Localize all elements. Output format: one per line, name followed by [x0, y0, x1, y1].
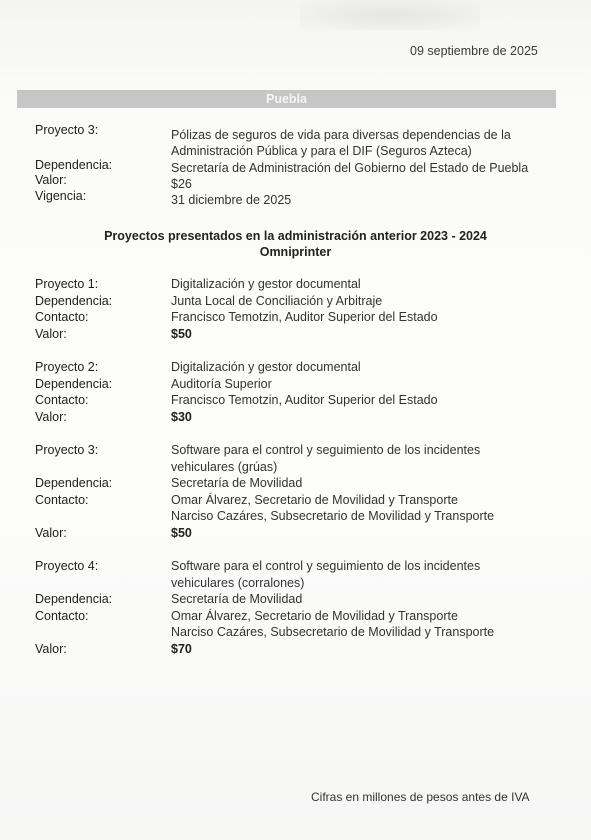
dependencia-value: Auditoría Superior [171, 376, 571, 393]
project-description: vehiculares (corralones) [171, 575, 571, 592]
contacto-value: Omar Álvarez, Secretario de Movilidad y … [171, 608, 571, 625]
dependencia-label: Dependencia: [35, 591, 112, 608]
valor-value: $30 [171, 409, 571, 426]
dependencia-label: Dependencia: [35, 293, 112, 310]
current-project-label: Proyecto 3: [35, 122, 98, 139]
document-page: 09 septiembre de 2025 Puebla Proyecto 3:… [0, 0, 591, 840]
dependencia-label: Dependencia: [35, 475, 112, 492]
valor-label: Valor: [35, 409, 67, 426]
current-valor-value: $26 [171, 176, 571, 193]
current-dependencia-value: Secretaría de Administración del Gobiern… [171, 160, 571, 177]
dependencia-label: Dependencia: [35, 376, 112, 393]
dependencia-value: Secretaría de Movilidad [171, 475, 571, 492]
project-label: Proyecto 3: [35, 442, 98, 459]
project-label: Proyecto 1: [35, 276, 98, 293]
contacto-label: Contacto: [35, 608, 89, 625]
project-description: Software para el control y seguimiento d… [171, 558, 571, 575]
project-description: vehiculares (grúas) [171, 459, 571, 476]
valor-label: Valor: [35, 525, 67, 542]
footer-note: Cifras en millones de pesos antes de IVA [311, 790, 530, 804]
contacto-value: Narciso Cazáres, Subsecretario de Movili… [171, 508, 571, 525]
current-project-description-1: Pólizas de seguros de vida para diversas… [171, 127, 571, 144]
project-description: Software para el control y seguimiento d… [171, 442, 571, 459]
valor-value: $50 [171, 525, 571, 542]
project-description: Digitalización y gestor documental [171, 276, 571, 293]
current-vigencia-label: Vigencia: [35, 188, 86, 205]
project-description: Digitalización y gestor documental [171, 359, 571, 376]
valor-value: $50 [171, 326, 571, 343]
valor-label: Valor: [35, 326, 67, 343]
valor-value: $70 [171, 641, 571, 658]
contacto-label: Contacto: [35, 492, 89, 509]
dependencia-value: Junta Local de Conciliación y Arbitraje [171, 293, 571, 310]
project-label: Proyecto 2: [35, 359, 98, 376]
current-valor-label: Valor: [35, 172, 67, 189]
current-project-description-2: Administración Pública y para el DIF (Se… [171, 143, 571, 160]
section-band-puebla: Puebla [17, 90, 556, 108]
scan-shadow [300, 0, 480, 30]
previous-section-subtitle: Omniprinter [0, 245, 591, 259]
contacto-value: Omar Álvarez, Secretario de Movilidad y … [171, 492, 571, 509]
contacto-value: Francisco Temotzin, Auditor Superior del… [171, 309, 571, 326]
contacto-value: Narciso Cazáres, Subsecretario de Movili… [171, 624, 571, 641]
contacto-label: Contacto: [35, 392, 89, 409]
valor-label: Valor: [35, 641, 67, 658]
contacto-value: Francisco Temotzin, Auditor Superior del… [171, 392, 571, 409]
project-label: Proyecto 4: [35, 558, 98, 575]
document-date: 09 septiembre de 2025 [410, 44, 538, 58]
previous-section-title: Proyectos presentados en la administraci… [0, 229, 591, 243]
contacto-label: Contacto: [35, 309, 89, 326]
current-vigencia-value: 31 diciembre de 2025 [171, 192, 571, 209]
dependencia-value: Secretaría de Movilidad [171, 591, 571, 608]
